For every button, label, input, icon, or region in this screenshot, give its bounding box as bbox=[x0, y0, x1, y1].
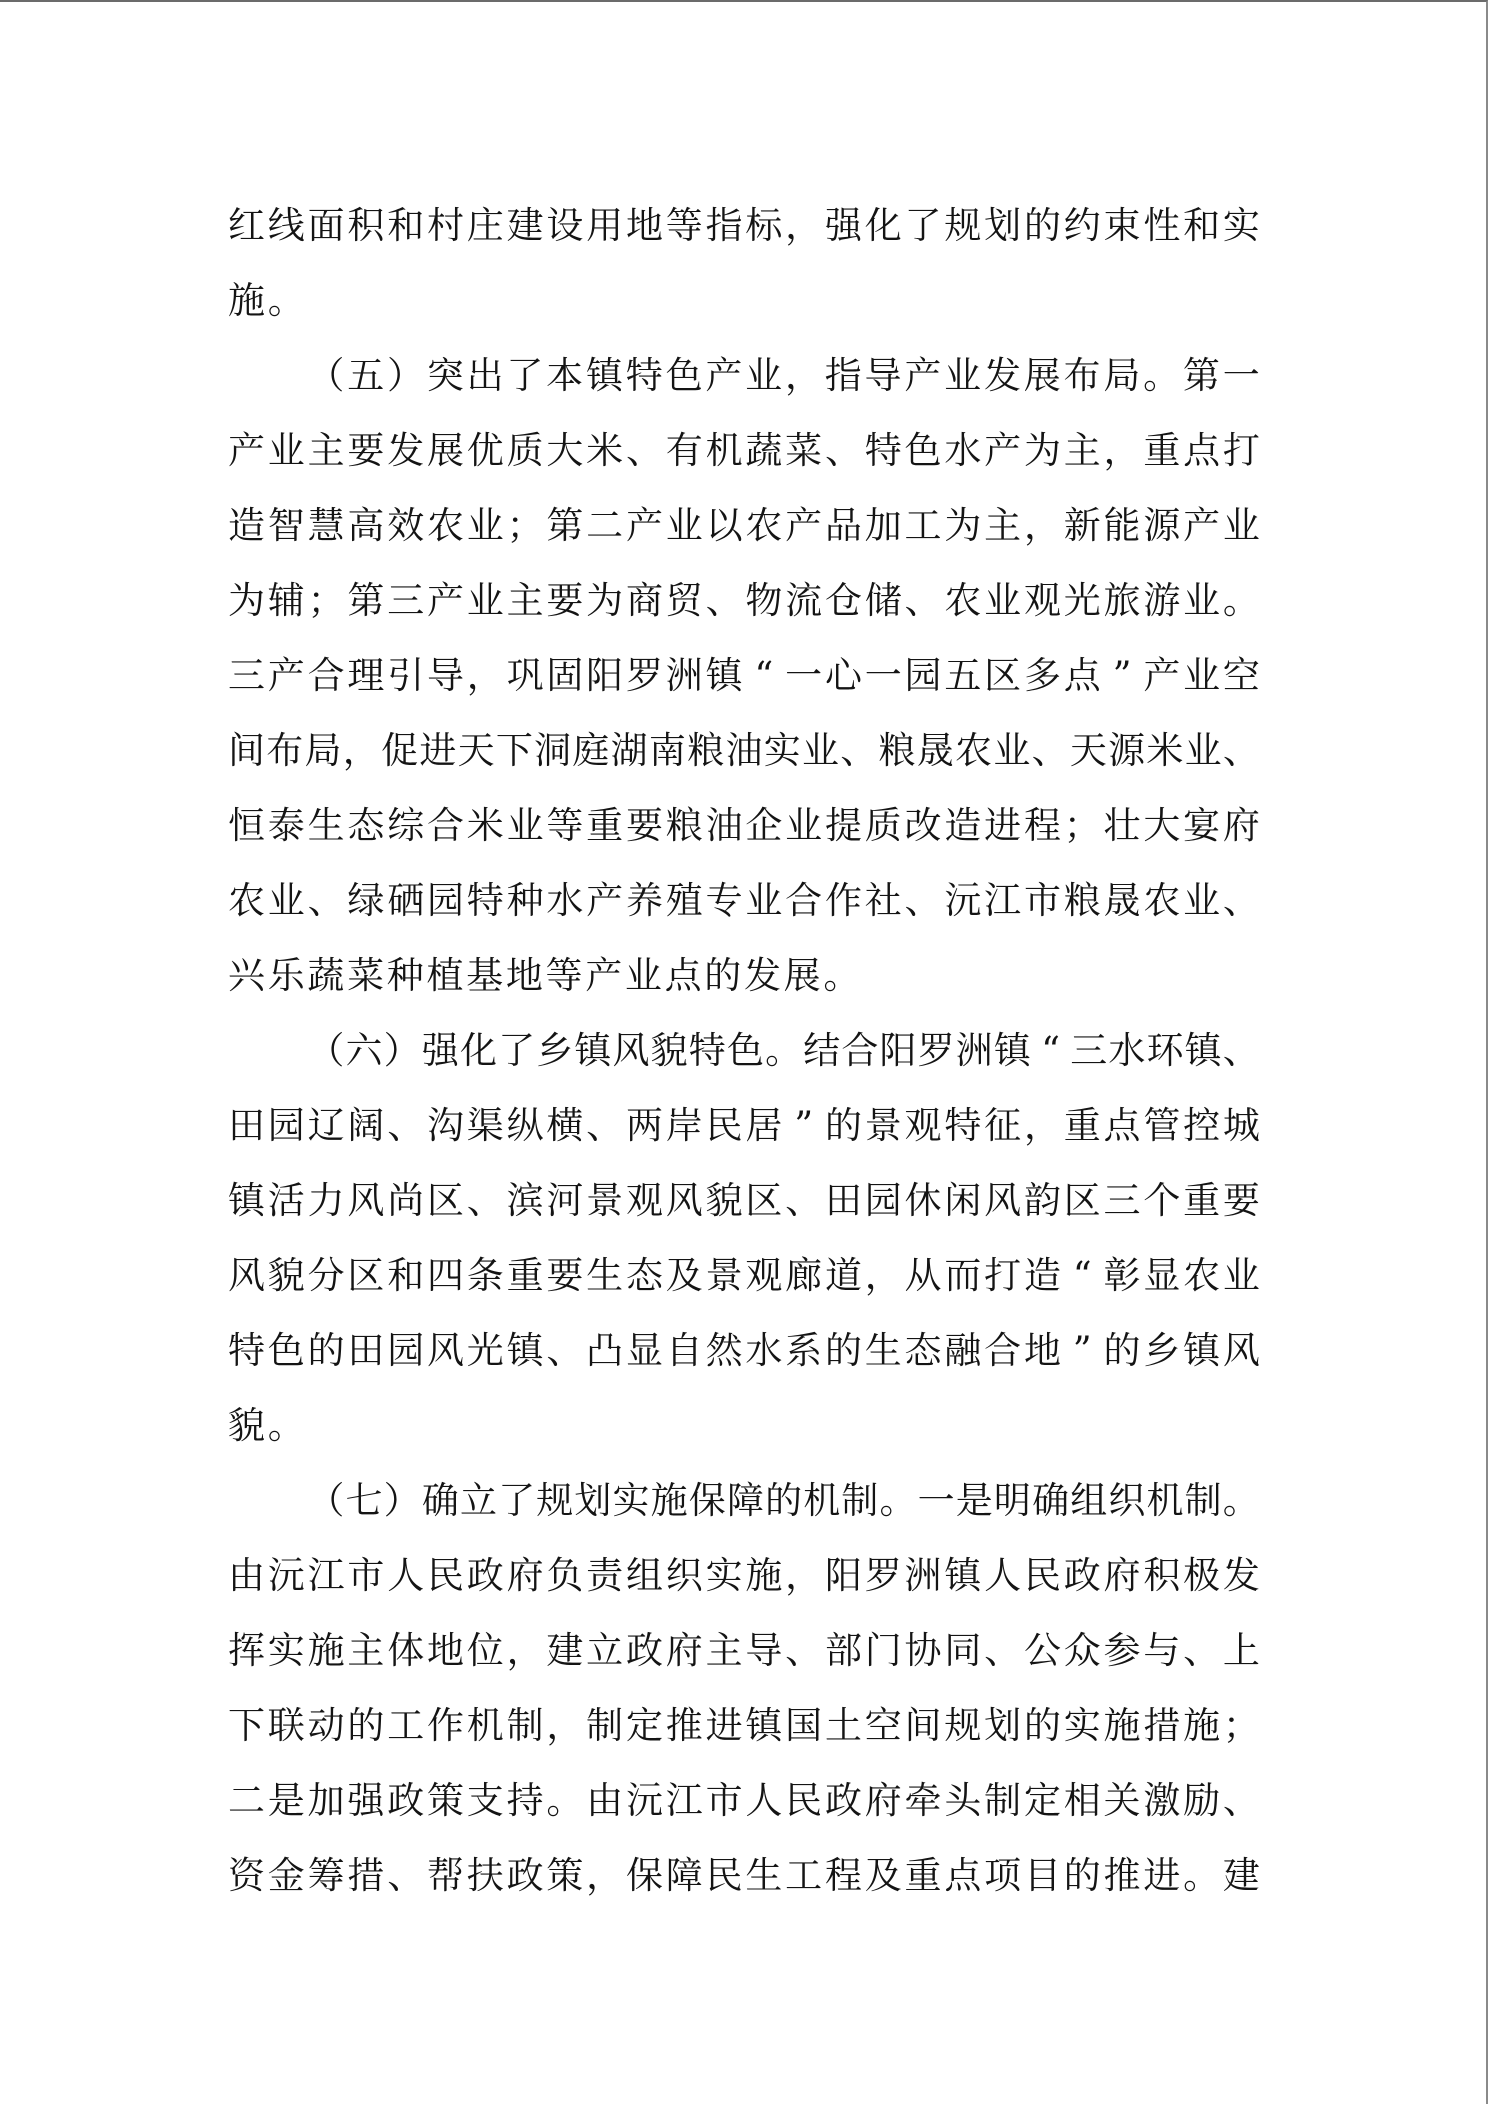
paragraph-first-line: （五）突出了本镇特色产业，指导产业发展布局。第一 bbox=[307, 355, 1260, 397]
text-line: 二是加强政策支持。由沅江市人民政府牵头制定相关激励、 bbox=[228, 1780, 1260, 1822]
text-line: 风貌分区和四条重要生态及景观廊道，从而打造“彰显农业 bbox=[228, 1255, 1260, 1297]
text-line: 貌。 bbox=[228, 1405, 307, 1447]
text-line: 挥实施主体地位，建立政府主导、部门协同、公众参与、上 bbox=[228, 1630, 1260, 1672]
text-line: 资金筹措、帮扶政策，保障民生工程及重点项目的推进。建 bbox=[228, 1855, 1260, 1897]
text-line: 间布局，促进天下洞庭湖南粮油实业、粮晟农业、天源米业、 bbox=[228, 730, 1260, 772]
text-line: 施。 bbox=[228, 280, 307, 322]
text-line: 镇活力风尚区、滨河景观风貌区、田园休闲风韵区三个重要 bbox=[228, 1180, 1260, 1222]
paragraph-first-line: （七）确立了规划实施保障的机制。一是明确组织机制。 bbox=[307, 1480, 1260, 1522]
text-line: 田园辽阔、沟渠纵横、两岸民居”的景观特征，重点管控城 bbox=[228, 1105, 1260, 1147]
text-line: 恒泰生态综合米业等重要粮油企业提质改造进程；壮大宴府 bbox=[228, 805, 1260, 847]
text-line: 红线面积和村庄建设用地等指标，强化了规划的约束性和实 bbox=[228, 205, 1260, 247]
paragraph-first-line: （六）强化了乡镇风貌特色。结合阳罗洲镇“三水环镇、 bbox=[307, 1030, 1260, 1072]
text-line: 兴乐蔬菜种植基地等产业点的发展。 bbox=[228, 955, 863, 997]
text-line: 由沅江市人民政府负责组织实施，阳罗洲镇人民政府积极发 bbox=[228, 1555, 1260, 1597]
text-line: 产业主要发展优质大米、有机蔬菜、特色水产为主，重点打 bbox=[228, 430, 1260, 472]
text-line: 造智慧高效农业；第二产业以农产品加工为主，新能源产业 bbox=[228, 505, 1260, 547]
text-line: 农业、绿硒园特种水产养殖专业合作社、沅江市粮晟农业、 bbox=[228, 880, 1260, 922]
document-page: 红线面积和村庄建设用地等指标，强化了规划的约束性和实施。（五）突出了本镇特色产业… bbox=[0, 0, 1488, 2104]
text-line: 三产合理引导，巩固阳罗洲镇“一心一园五区多点”产业空 bbox=[228, 655, 1260, 697]
text-line: 下联动的工作机制，制定推进镇国土空间规划的实施措施； bbox=[228, 1705, 1260, 1747]
text-line: 特色的田园风光镇、凸显自然水系的生态融合地”的乡镇风 bbox=[228, 1330, 1260, 1372]
text-line: 为辅；第三产业主要为商贸、物流仓储、农业观光旅游业。 bbox=[228, 580, 1260, 622]
